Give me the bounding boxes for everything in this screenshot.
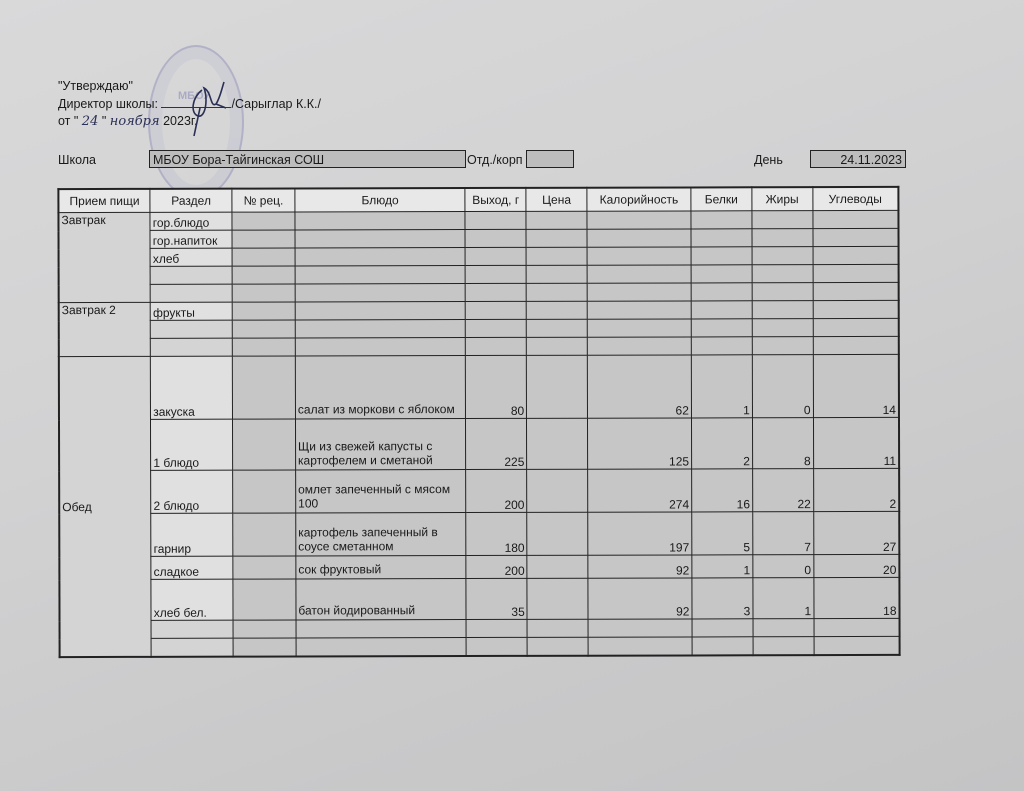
yield-cell [465,229,526,247]
day-label: День [754,153,783,167]
approval-title: "Утверждаю" [58,78,321,95]
fat-cell: 22 [752,469,813,512]
calories-cell [587,319,691,337]
price-cell [526,247,587,265]
section-cell [150,284,232,302]
calories-cell [588,619,692,637]
carbs-cell: 20 [813,554,899,577]
carbs-cell [813,246,899,264]
yield-cell [466,619,527,637]
calories-cell [587,301,691,319]
fat-cell: 0 [752,355,813,418]
col-dish: Блюдо [295,188,466,212]
col-fat: Жиры [752,187,813,211]
recipe-cell [233,579,296,620]
meal-name: Завтрак 2 [59,302,151,356]
date-prefix: от " [58,114,78,128]
section-cell: фрукты [150,302,232,320]
dish-cell: картофель запеченный в соусе сметанном [296,513,467,556]
section-cell [151,620,233,638]
price-cell [527,578,588,619]
carbs-cell [813,264,899,282]
director-line: Директор школы: /Сарыглар К.К./ [58,95,321,113]
table-row [59,282,899,302]
recipe-cell [232,266,295,284]
carbs-cell [813,228,899,246]
dish-cell [295,302,466,320]
yield-cell: 200 [466,555,527,578]
calories-cell [587,265,691,283]
fat-cell [752,247,813,265]
table-row [59,336,899,356]
col-section: Раздел [150,189,232,213]
price-cell [526,283,587,301]
yield-cell [466,301,527,319]
fat-cell [752,265,813,283]
date-day: 24 [82,114,99,129]
approval-block: "Утверждаю" Директор школы: /Сарыглар К.… [58,78,321,130]
date-year: 2023г. [163,114,197,128]
recipe-cell [233,620,296,638]
recipe-cell [233,470,296,513]
dish-cell [295,248,466,266]
dish-name: картофель запеченный в соусе сметанном [298,525,464,555]
calories-cell: 197 [588,512,692,555]
calories-cell: 274 [588,469,692,512]
table-row: хлеб [59,246,899,266]
yield-cell: 200 [466,469,527,512]
section-cell: закуска [151,356,233,419]
dish-cell [295,266,466,284]
col-yield: Выход, г [465,188,526,212]
carbs-cell [814,618,900,636]
col-carbs: Углеводы [813,187,899,211]
dish-name [299,653,464,655]
protein-cell [691,265,752,283]
yield-cell [465,247,526,265]
carbs-cell: 14 [813,354,899,417]
recipe-cell [233,513,296,556]
section-cell [150,320,232,338]
carbs-cell [813,210,899,228]
recipe-cell [232,320,295,338]
calories-cell [587,211,691,229]
dish-name: Щи из свежей капусты с картофелем и смет… [298,439,464,469]
protein-cell [691,319,752,337]
price-cell [527,337,588,355]
protein-cell: 1 [691,355,752,418]
col-protein: Белки [691,187,752,211]
price-cell [527,418,588,469]
table-row [60,618,900,638]
section-cell: 2 блюдо [151,470,233,513]
date-quote: " [102,114,106,128]
price-cell [526,301,587,319]
protein-cell [691,229,752,247]
price-cell [527,555,588,578]
menu-table: Прием пищи Раздел № рец. Блюдо Выход, г … [57,186,900,658]
fat-cell [752,337,813,355]
table-row: Завтрак 2фрукты [59,300,899,320]
section-cell [150,266,232,284]
document-page: МБОУ "Утверждаю" Директор школы: /Сарыгл… [0,0,1024,791]
protein-cell [691,247,752,265]
fat-cell [752,229,813,247]
school-field: МБОУ Бора-Тайгинская СОШ [149,150,466,168]
day-field: 24.11.2023 [810,150,906,168]
yield-cell: 35 [466,578,527,619]
approval-date: от " 24 " ноября 2023г. [58,113,321,130]
dish-cell: Щи из свежей капусты с картофелем и смет… [295,419,466,470]
carbs-cell [813,282,899,300]
director-label: Директор школы: [58,97,158,111]
calories-cell: 62 [587,355,691,418]
calories-cell [588,637,692,656]
protein-cell [691,283,752,301]
yield-cell: 80 [466,355,527,418]
dish-name: омлет запеченный с мясом 100 [298,482,464,512]
calories-cell [587,283,691,301]
dish-name: сок фруктовый [298,562,464,578]
dept-label: Отд./корп [467,153,523,167]
fat-cell: 1 [753,578,814,619]
dish-cell [296,620,467,638]
yield-cell: 180 [466,512,527,555]
price-cell [526,229,587,247]
protein-cell [692,637,753,656]
dish-cell: сок фруктовый [296,556,467,579]
protein-cell: 3 [692,578,753,619]
table-header-row: Прием пищи Раздел № рец. Блюдо Выход, г … [58,187,898,213]
table-row [59,318,899,338]
recipe-cell [232,302,295,320]
table-row: сладкоесок фруктовый200921020 [59,554,899,579]
protein-cell [692,619,753,637]
carbs-cell: 18 [814,577,900,618]
dish-cell [295,284,466,302]
dish-cell [296,638,467,657]
price-cell [527,637,588,656]
fat-cell: 7 [753,512,814,555]
section-cell: гарнир [151,513,233,556]
dish-cell: салат из моркови с яблоком [295,356,466,419]
col-recipe: № рец. [232,188,295,212]
calories-cell [587,229,691,247]
yield-cell [466,319,527,337]
date-month: ноября [110,114,160,129]
recipe-cell [232,356,295,419]
col-calories: Калорийность [587,187,691,211]
signature-line [161,95,231,108]
yield-cell [466,283,527,301]
carbs-cell: 2 [813,468,899,511]
recipe-cell [233,638,296,657]
table-row: 1 блюдоЩи из свежей капусты с картофелем… [59,417,899,470]
section-cell: гор.блюдо [150,212,232,230]
recipe-cell [233,419,296,470]
recipe-cell [232,230,295,248]
table-row: гор.напиток [58,228,898,248]
section-cell [151,638,233,657]
dish-cell [295,230,466,248]
section-cell: хлеб бел. [151,579,233,620]
dish-cell [295,338,466,356]
protein-cell [691,211,752,229]
col-price: Цена [526,188,587,212]
yield-cell [466,637,527,656]
yield-cell [465,211,526,229]
price-cell [527,469,588,512]
fat-cell [752,301,813,319]
dept-field [526,150,574,168]
protein-cell: 2 [691,418,752,469]
recipe-cell [232,338,295,356]
carbs-cell [813,300,899,318]
table-row [60,636,900,657]
price-cell [526,211,587,229]
yield-cell: 225 [466,418,527,469]
section-cell: хлеб [150,248,232,266]
calories-cell: 125 [588,418,692,469]
carbs-cell [813,336,899,354]
calories-cell: 92 [588,555,692,578]
table-row: гарниркартофель запеченный в соусе смета… [59,511,899,556]
carbs-cell [814,636,900,655]
director-name: /Сарыглар К.К./ [231,97,320,111]
recipe-cell [232,212,295,230]
section-cell: 1 блюдо [151,419,233,470]
carbs-cell [813,318,899,336]
dish-name: салат из моркови с яблоком [298,402,464,418]
dish-cell: омлет запеченный с мясом 100 [296,470,467,513]
table-row: Завтракгор.блюдо [58,210,898,230]
table-row: Обедзакускасалат из моркови с яблоком806… [59,354,899,419]
price-cell [527,619,588,637]
section-cell [151,338,233,356]
calories-cell [587,337,691,355]
carbs-cell: 27 [813,511,899,554]
fat-cell [753,619,814,637]
calories-cell: 92 [588,578,692,619]
fat-cell [752,211,813,229]
price-cell [527,355,588,418]
fat-cell: 0 [753,555,814,578]
fat-cell [752,283,813,301]
calories-cell [587,247,691,265]
recipe-cell [232,248,295,266]
fat-cell [752,319,813,337]
section-cell: гор.напиток [150,230,232,248]
protein-cell [691,337,752,355]
protein-cell: 1 [692,555,753,578]
price-cell [527,512,588,555]
yield-cell [465,265,526,283]
school-label: Школа [58,153,96,167]
protein-cell [691,301,752,319]
dish-name: батон йодированный [298,603,464,619]
dish-cell: батон йодированный [296,579,467,620]
recipe-cell [232,284,295,302]
protein-cell: 5 [692,512,753,555]
carbs-cell: 11 [813,417,899,468]
dish-cell [295,212,466,230]
col-meal: Прием пищи [58,189,150,213]
table-row: 2 блюдоомлет запеченный с мясом 10020027… [59,468,899,513]
recipe-cell [233,556,296,579]
protein-cell: 16 [692,469,753,512]
price-cell [526,319,587,337]
section-cell: сладкое [151,556,233,579]
fat-cell [753,637,814,656]
table-row [59,264,899,284]
header-fields: Школа МБОУ Бора-Тайгинская СОШ Отд./корп… [58,150,908,170]
meal-name: Обед [59,356,152,657]
price-cell [526,265,587,283]
fat-cell: 8 [752,418,813,469]
meal-name: Завтрак [58,212,150,302]
dish-cell [295,320,466,338]
table-row: хлеб бел.батон йодированный35923118 [59,577,899,620]
yield-cell [466,337,527,355]
